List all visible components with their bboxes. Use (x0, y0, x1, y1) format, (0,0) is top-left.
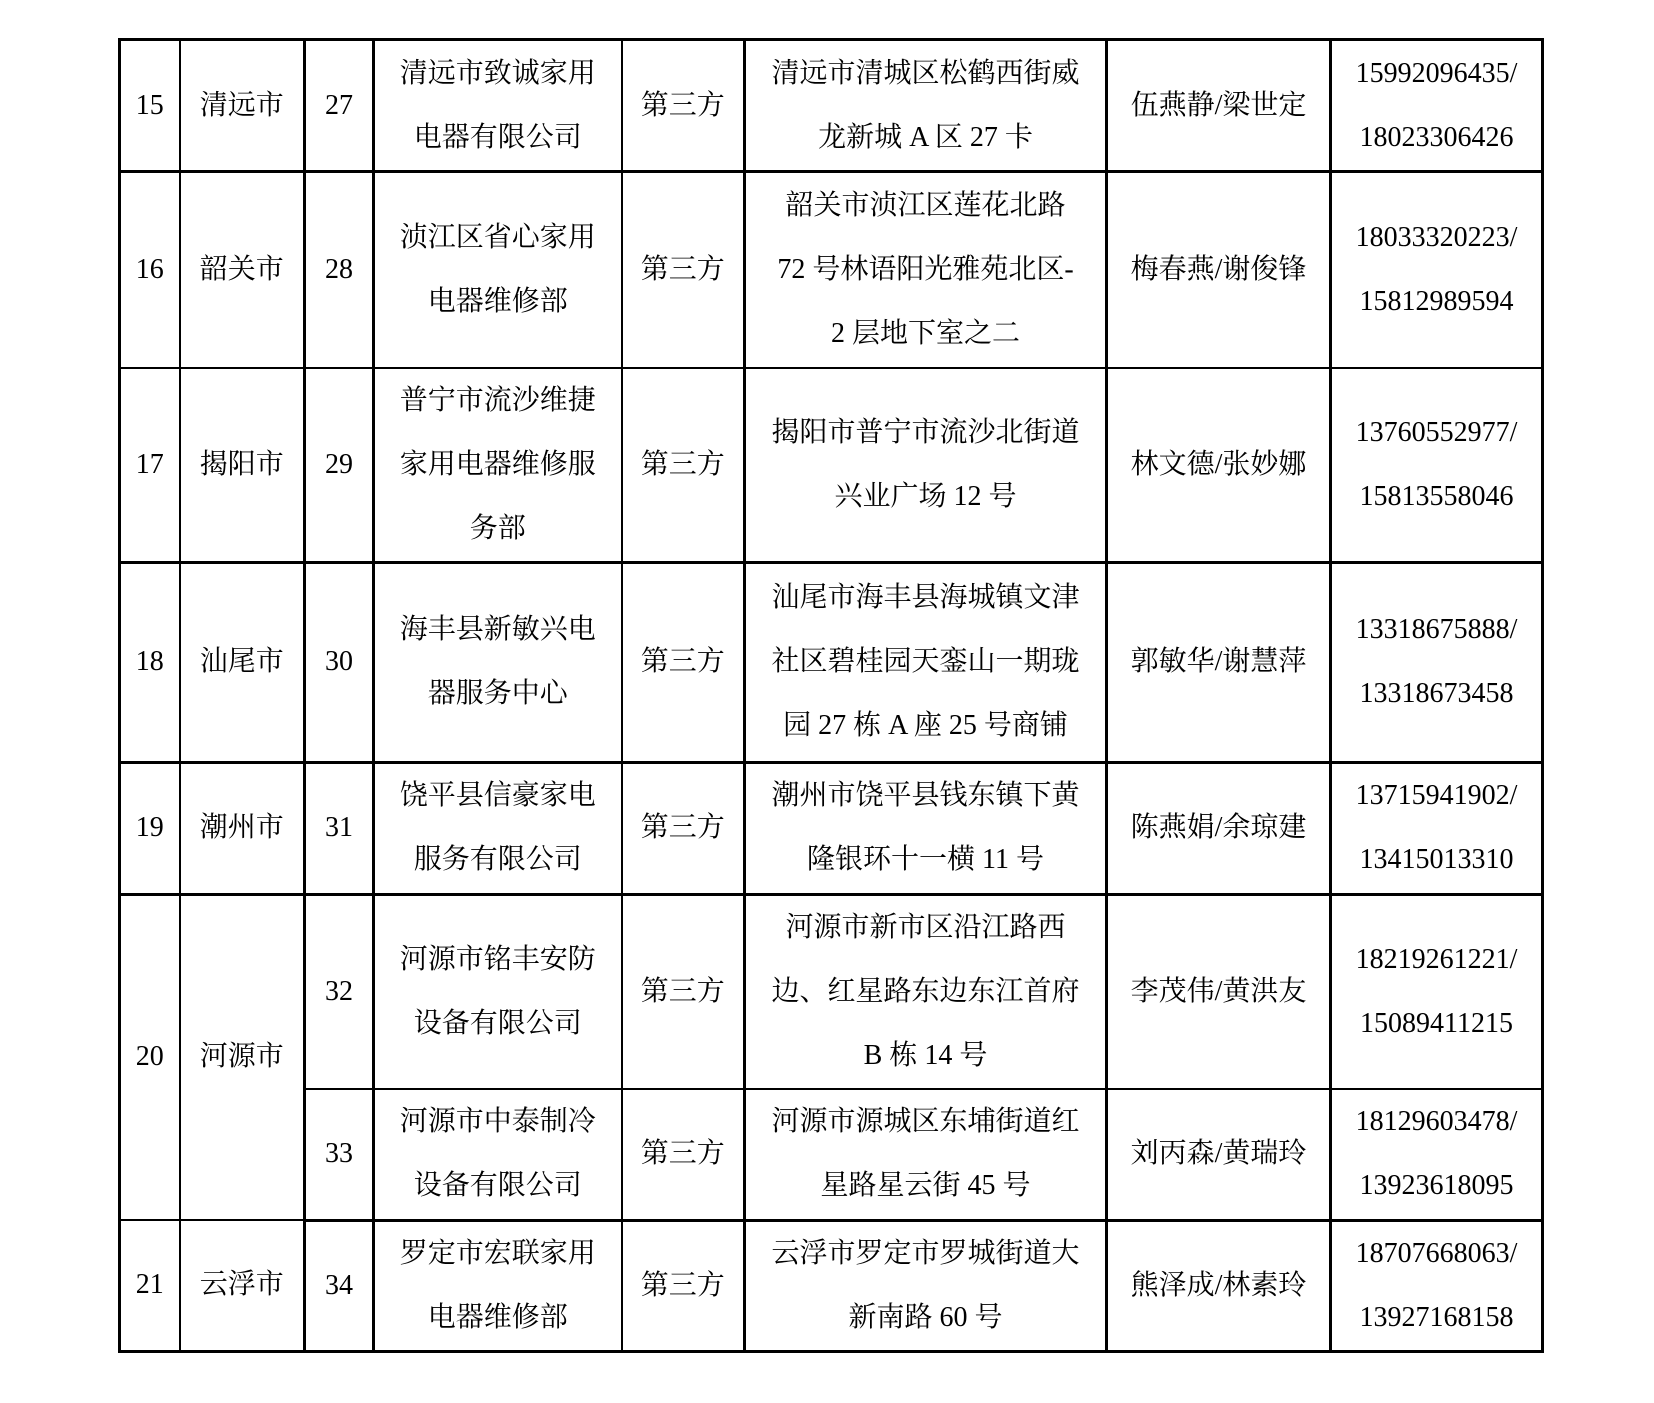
contacts-cell: 林文德/张妙娜 (1107, 368, 1331, 563)
company-cell: 海丰县新敏兴电 器服务中心 (374, 562, 622, 762)
table-row-18: 18 汕尾市 30 海丰县新敏兴电 器服务中心 第三方 汕尾市海丰县海城镇文津 … (120, 562, 1543, 762)
phone-cell: 18219261221/ 15089411215 (1331, 894, 1543, 1089)
type-cell: 第三方 (622, 894, 745, 1089)
seq-cell: 15 (120, 40, 180, 172)
contacts-cell: 刘丙森/黄瑞玲 (1107, 1089, 1331, 1220)
contacts-cell: 伍燕静/梁世定 (1107, 40, 1331, 172)
company-cell: 罗定市宏联家用 电器维修部 (374, 1220, 622, 1351)
company-cell: 浈江区省心家用 电器维修部 (374, 172, 622, 368)
type-cell: 第三方 (622, 1089, 745, 1220)
company-cell: 河源市铭丰安防 设备有限公司 (374, 894, 622, 1089)
phone-cell: 15992096435/ 18023306426 (1331, 40, 1543, 172)
company-cell: 饶平县信豪家电 服务有限公司 (374, 762, 622, 894)
phone-cell: 13760552977/ 15813558046 (1331, 368, 1543, 563)
address-cell: 云浮市罗定市罗城街道大 新南路 60 号 (745, 1220, 1107, 1351)
address-cell: 河源市新市区沿江路西 边、红星路东边东江首府 B 栋 14 号 (745, 894, 1107, 1089)
num-cell: 28 (305, 172, 374, 368)
table-row-19: 19 潮州市 31 饶平县信豪家电 服务有限公司 第三方 潮州市饶平县钱东镇下黄… (120, 762, 1543, 894)
address-cell: 潮州市饶平县钱东镇下黄 隆银环十一横 11 号 (745, 762, 1107, 894)
num-cell: 33 (305, 1089, 374, 1220)
contacts-cell: 郭敏华/谢慧萍 (1107, 562, 1331, 762)
city-cell: 汕尾市 (180, 562, 305, 762)
company-cell: 清远市致诚家用 电器有限公司 (374, 40, 622, 172)
type-cell: 第三方 (622, 40, 745, 172)
city-cell: 清远市 (180, 40, 305, 172)
city-cell: 揭阳市 (180, 368, 305, 563)
service-network-table: 15 清远市 27 清远市致诚家用 电器有限公司 第三方 清远市清城区松鹤西街威… (118, 38, 1544, 1353)
city-cell: 河源市 (180, 894, 305, 1220)
type-cell: 第三方 (622, 172, 745, 368)
seq-cell: 20 (120, 894, 180, 1220)
num-cell: 34 (305, 1220, 374, 1351)
address-cell: 韶关市浈江区莲花北路 72 号林语阳光雅苑北区- 2 层地下室之二 (745, 172, 1107, 368)
seq-cell: 19 (120, 762, 180, 894)
num-cell: 30 (305, 562, 374, 762)
contacts-cell: 熊泽成/林素玲 (1107, 1220, 1331, 1351)
contacts-cell: 陈燕娟/余琼建 (1107, 762, 1331, 894)
contacts-cell: 梅春燕/谢俊锋 (1107, 172, 1331, 368)
phone-cell: 13715941902/ 13415013310 (1331, 762, 1543, 894)
company-cell: 河源市中泰制冷 设备有限公司 (374, 1089, 622, 1220)
city-cell: 潮州市 (180, 762, 305, 894)
type-cell: 第三方 (622, 1220, 745, 1351)
table-row-17: 17 揭阳市 29 普宁市流沙维捷 家用电器维修服 务部 第三方 揭阳市普宁市流… (120, 368, 1543, 563)
contacts-cell: 李茂伟/黄洪友 (1107, 894, 1331, 1089)
phone-cell: 13318675888/ 13318673458 (1331, 562, 1543, 762)
company-cell: 普宁市流沙维捷 家用电器维修服 务部 (374, 368, 622, 563)
city-cell: 云浮市 (180, 1220, 305, 1351)
city-cell: 韶关市 (180, 172, 305, 368)
table-row-15: 15 清远市 27 清远市致诚家用 电器有限公司 第三方 清远市清城区松鹤西街威… (120, 40, 1543, 172)
type-cell: 第三方 (622, 562, 745, 762)
page: 15 清远市 27 清远市致诚家用 电器有限公司 第三方 清远市清城区松鹤西街威… (0, 0, 1654, 1403)
address-cell: 汕尾市海丰县海城镇文津 社区碧桂园天銮山一期珑 园 27 栋 A 座 25 号商… (745, 562, 1107, 762)
table-row-21: 21 云浮市 34 罗定市宏联家用 电器维修部 第三方 云浮市罗定市罗城街道大 … (120, 1220, 1543, 1351)
seq-cell: 21 (120, 1220, 180, 1351)
num-cell: 31 (305, 762, 374, 894)
num-cell: 32 (305, 894, 374, 1089)
seq-cell: 16 (120, 172, 180, 368)
phone-cell: 18707668063/ 13927168158 (1331, 1220, 1543, 1351)
table-row-16: 16 韶关市 28 浈江区省心家用 电器维修部 第三方 韶关市浈江区莲花北路 7… (120, 172, 1543, 368)
phone-cell: 18129603478/ 13923618095 (1331, 1089, 1543, 1220)
table-row-20-sub-33: 33 河源市中泰制冷 设备有限公司 第三方 河源市源城区东埔街道红 星路星云街 … (120, 1089, 1543, 1220)
phone-cell: 18033320223/ 15812989594 (1331, 172, 1543, 368)
address-cell: 河源市源城区东埔街道红 星路星云街 45 号 (745, 1089, 1107, 1220)
type-cell: 第三方 (622, 762, 745, 894)
table-row-20-sub-32: 20 河源市 32 河源市铭丰安防 设备有限公司 第三方 河源市新市区沿江路西 … (120, 894, 1543, 1089)
address-cell: 揭阳市普宁市流沙北街道 兴业广场 12 号 (745, 368, 1107, 563)
seq-cell: 18 (120, 562, 180, 762)
num-cell: 29 (305, 368, 374, 563)
address-cell: 清远市清城区松鹤西街威 龙新城 A 区 27 卡 (745, 40, 1107, 172)
num-cell: 27 (305, 40, 374, 172)
seq-cell: 17 (120, 368, 180, 563)
type-cell: 第三方 (622, 368, 745, 563)
